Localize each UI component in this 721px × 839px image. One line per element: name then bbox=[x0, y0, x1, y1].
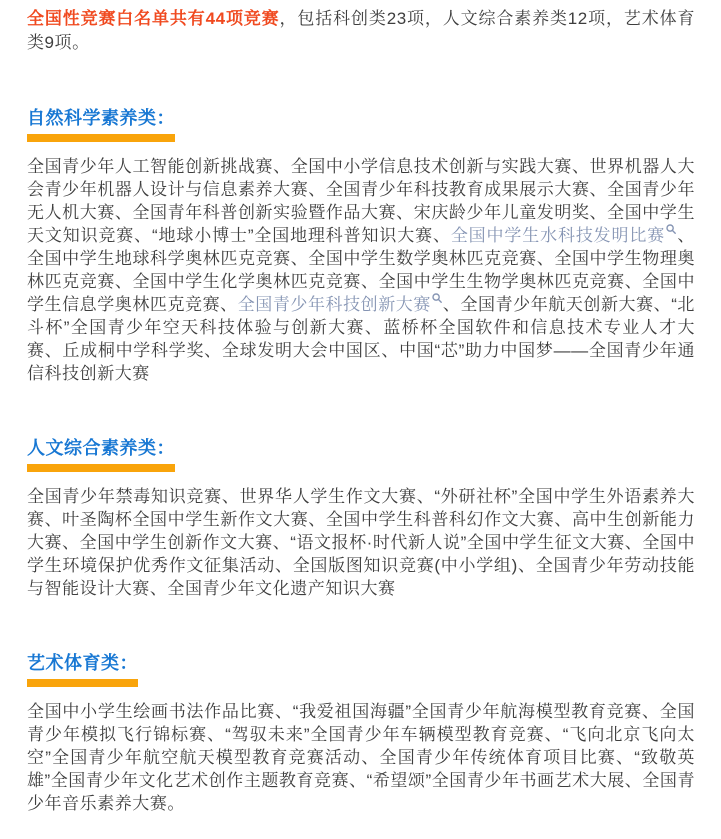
section-humanities: 人文综合素养类： 全国青少年禁毒知识竞赛、世界华人学生作文大赛、“外研社杯”全国… bbox=[27, 437, 695, 600]
section-art-sports: 艺术体育类： 全国中小学生绘画书法作品比赛、“我爱祖国海疆”全国青少年航海模型教… bbox=[27, 652, 695, 815]
section-heading-label: 艺术体育类： bbox=[27, 653, 138, 673]
competition-list-text: 全国中小学生绘画书法作品比赛、“我爱祖国海疆”全国青少年航海模型教育竞赛、全国青… bbox=[27, 702, 695, 813]
whitelist-count-highlight: 全国性竞赛白名单共有44项竞赛 bbox=[27, 9, 280, 28]
section-heading-label: 自然科学素养类： bbox=[27, 108, 175, 128]
entity-link[interactable]: 全国中学生水科技发明比赛 bbox=[451, 226, 665, 245]
competition-list-humanities: 全国青少年禁毒知识竞赛、世界华人学生作文大赛、“外研社杯”全国中学生外语素养大赛… bbox=[27, 485, 695, 600]
entity-link[interactable]: 全国青少年科技创新大赛 bbox=[238, 295, 431, 314]
intro-paragraph: 全国性竞赛白名单共有44项竞赛，包括科创类23项，人文综合素养类12项，艺术体育… bbox=[27, 7, 695, 55]
heading-underline bbox=[27, 464, 175, 472]
search-icon[interactable] bbox=[432, 293, 442, 303]
section-natural-science: 自然科学素养类： 全国青少年人工智能创新挑战赛、全国中小学信息技术创新与实践大赛… bbox=[27, 107, 695, 385]
heading-underline bbox=[27, 134, 175, 142]
competition-list-art-sports: 全国中小学生绘画书法作品比赛、“我爱祖国海疆”全国青少年航海模型教育竞赛、全国青… bbox=[27, 700, 695, 815]
section-heading-humanities: 人文综合素养类： bbox=[27, 437, 175, 472]
section-heading-label: 人文综合素养类： bbox=[27, 438, 175, 458]
competition-list-natural-science: 全国青少年人工智能创新挑战赛、全国中小学信息技术创新与实践大赛、世界机器人大会青… bbox=[27, 155, 695, 385]
section-heading-art-sports: 艺术体育类： bbox=[27, 652, 138, 687]
competition-list-text: 全国青少年禁毒知识竞赛、世界华人学生作文大赛、“外研社杯”全国中学生外语素养大赛… bbox=[27, 487, 695, 598]
article-page: 全国性竞赛白名单共有44项竞赛，包括科创类23项，人文综合素养类12项，艺术体育… bbox=[0, 0, 721, 839]
heading-underline bbox=[27, 679, 138, 687]
section-heading-natural-science: 自然科学素养类： bbox=[27, 107, 175, 142]
search-icon[interactable] bbox=[666, 224, 676, 234]
